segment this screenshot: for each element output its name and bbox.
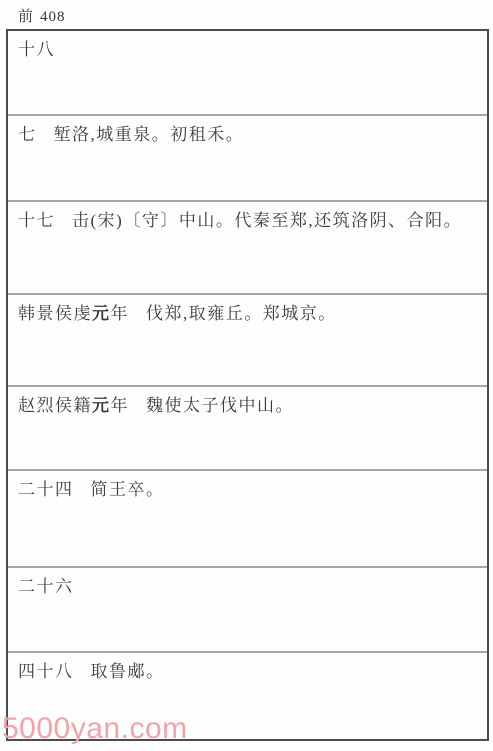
event-text: 伐郑,取雍丘。郑城京。 (146, 304, 337, 323)
year-text: 二十四 (18, 480, 74, 499)
year-text: 十七 (18, 211, 55, 230)
year-label: 七 (18, 125, 37, 144)
table-row: 四十八取鲁郕。 (8, 651, 487, 739)
event-text: 取鲁郕。 (91, 662, 165, 681)
page-year-header: 前408 (18, 5, 66, 26)
table-row: 赵烈侯籍元年魏使太子伐中山。 (8, 385, 487, 469)
year-text: 十八 (18, 40, 55, 59)
year-label: 十八 (18, 40, 55, 59)
table-row: 二十四简王卒。 (8, 469, 487, 566)
year-text: 二十六 (18, 577, 74, 596)
table-row: 韩景侯虔元年伐郑,取雍丘。郑城京。 (8, 293, 487, 385)
event-text: 简王卒。 (91, 480, 165, 499)
table-row: 十七击(宋)〔守〕中山。代秦至郑,还筑洛阴、合阳。 (8, 200, 487, 293)
event-text: 击(宋)〔守〕中山。代秦至郑,还筑洛阴、合阳。 (72, 211, 462, 230)
year-text: 韩景侯虔 (18, 304, 92, 323)
year-suffix: 年 (111, 304, 130, 323)
year-label: 二十四 (18, 480, 74, 499)
table-row: 二十六 (8, 566, 487, 651)
event-text: 魏使太子伐中山。 (146, 396, 294, 415)
year-label: 韩景侯虔元年 (18, 304, 129, 323)
table-row: 十八 (8, 31, 487, 114)
event-text: 堑洛,城重泉。初租禾。 (54, 125, 245, 144)
year-text: 七 (18, 125, 37, 144)
year-label: 二十六 (18, 577, 74, 596)
chronology-table: 十八 七堑洛,城重泉。初租禾。 十七击(宋)〔守〕中山。代秦至郑,还筑洛阴、合阳… (6, 29, 489, 741)
year-number: 408 (40, 9, 66, 25)
table-row: 七堑洛,城重泉。初租禾。 (8, 114, 487, 200)
year-yuan-bold: 元 (92, 304, 111, 323)
year-suffix: 年 (111, 396, 130, 415)
year-yuan-bold: 元 (92, 396, 111, 415)
year-text: 赵烈侯籍 (18, 396, 92, 415)
year-label: 赵烈侯籍元年 (18, 396, 129, 415)
year-text: 四十八 (18, 662, 74, 681)
year-label: 十七 (18, 211, 55, 230)
era-label: 前 (18, 9, 34, 25)
book-page: 前408 十八 七堑洛,城重泉。初租禾。 十七击(宋)〔守〕中山。代秦至郑,还筑… (0, 0, 493, 751)
year-label: 四十八 (18, 662, 74, 681)
